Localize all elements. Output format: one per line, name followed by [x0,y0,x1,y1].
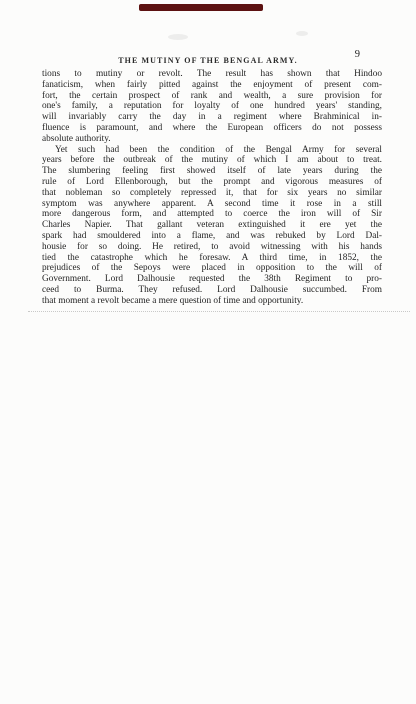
text-line: rule of Lord Ellenborough, but the promp… [42,177,382,188]
text-line: that nobleman so completely repressed it… [42,188,382,199]
running-title: THE MUTINY OF THE BENGAL ARMY. [118,56,298,65]
text-line: years before the outbreak of the mutiny … [42,155,382,166]
scan-artifact-red-bar [139,4,263,11]
text-line: fluence is paramount, and where the Euro… [42,123,382,134]
text-line: more dangerous form, and attempted to co… [42,209,382,220]
scan-smudge [168,34,188,40]
text-line: tions to mutiny or revolt. The result ha… [42,69,382,80]
text-line: tied the catastrophe which he foresaw. A… [42,253,382,264]
text-line: symptom was anywhere apparent. A second … [42,199,382,210]
text-line: prejudices of the Sepoys were placed in … [42,263,382,274]
text-line: spark had smouldered into a flame, and w… [42,231,382,242]
text-line: absolute authority. [42,134,382,145]
running-header: THE MUTINY OF THE BENGAL ARMY. 9 [0,50,416,64]
body-text: tions to mutiny or revolt. The result ha… [42,69,382,307]
text-line: that moment a revolt became a mere quest… [42,296,382,307]
book-page-scan: THE MUTINY OF THE BENGAL ARMY. 9 tions t… [0,0,416,704]
scan-showthrough-line [28,311,410,312]
text-line: Charles Napier. That gallant veteran ext… [42,220,382,231]
paragraph: tions to mutiny or revolt. The result ha… [42,69,382,145]
scan-smudge [296,31,308,36]
text-line: fanaticism, when fairly pitted against t… [42,80,382,91]
text-line: housie for so doing. He retired, to avoi… [42,242,382,253]
page-number: 9 [355,49,360,60]
text-line: Yet such had been the condition of the B… [42,145,382,156]
text-line: Government. Lord Dalhousie requested the… [42,274,382,285]
text-line: ceed to Burma. They refused. Lord Dalhou… [42,285,382,296]
text-line: The slumbering feeling first showed itse… [42,166,382,177]
text-line: will invariably carry the day in a regim… [42,112,382,123]
text-line: fort, the certain prospect of rank and w… [42,91,382,102]
text-line: one's family, a reputation for loyalty o… [42,101,382,112]
paragraph: Yet such had been the condition of the B… [42,145,382,307]
